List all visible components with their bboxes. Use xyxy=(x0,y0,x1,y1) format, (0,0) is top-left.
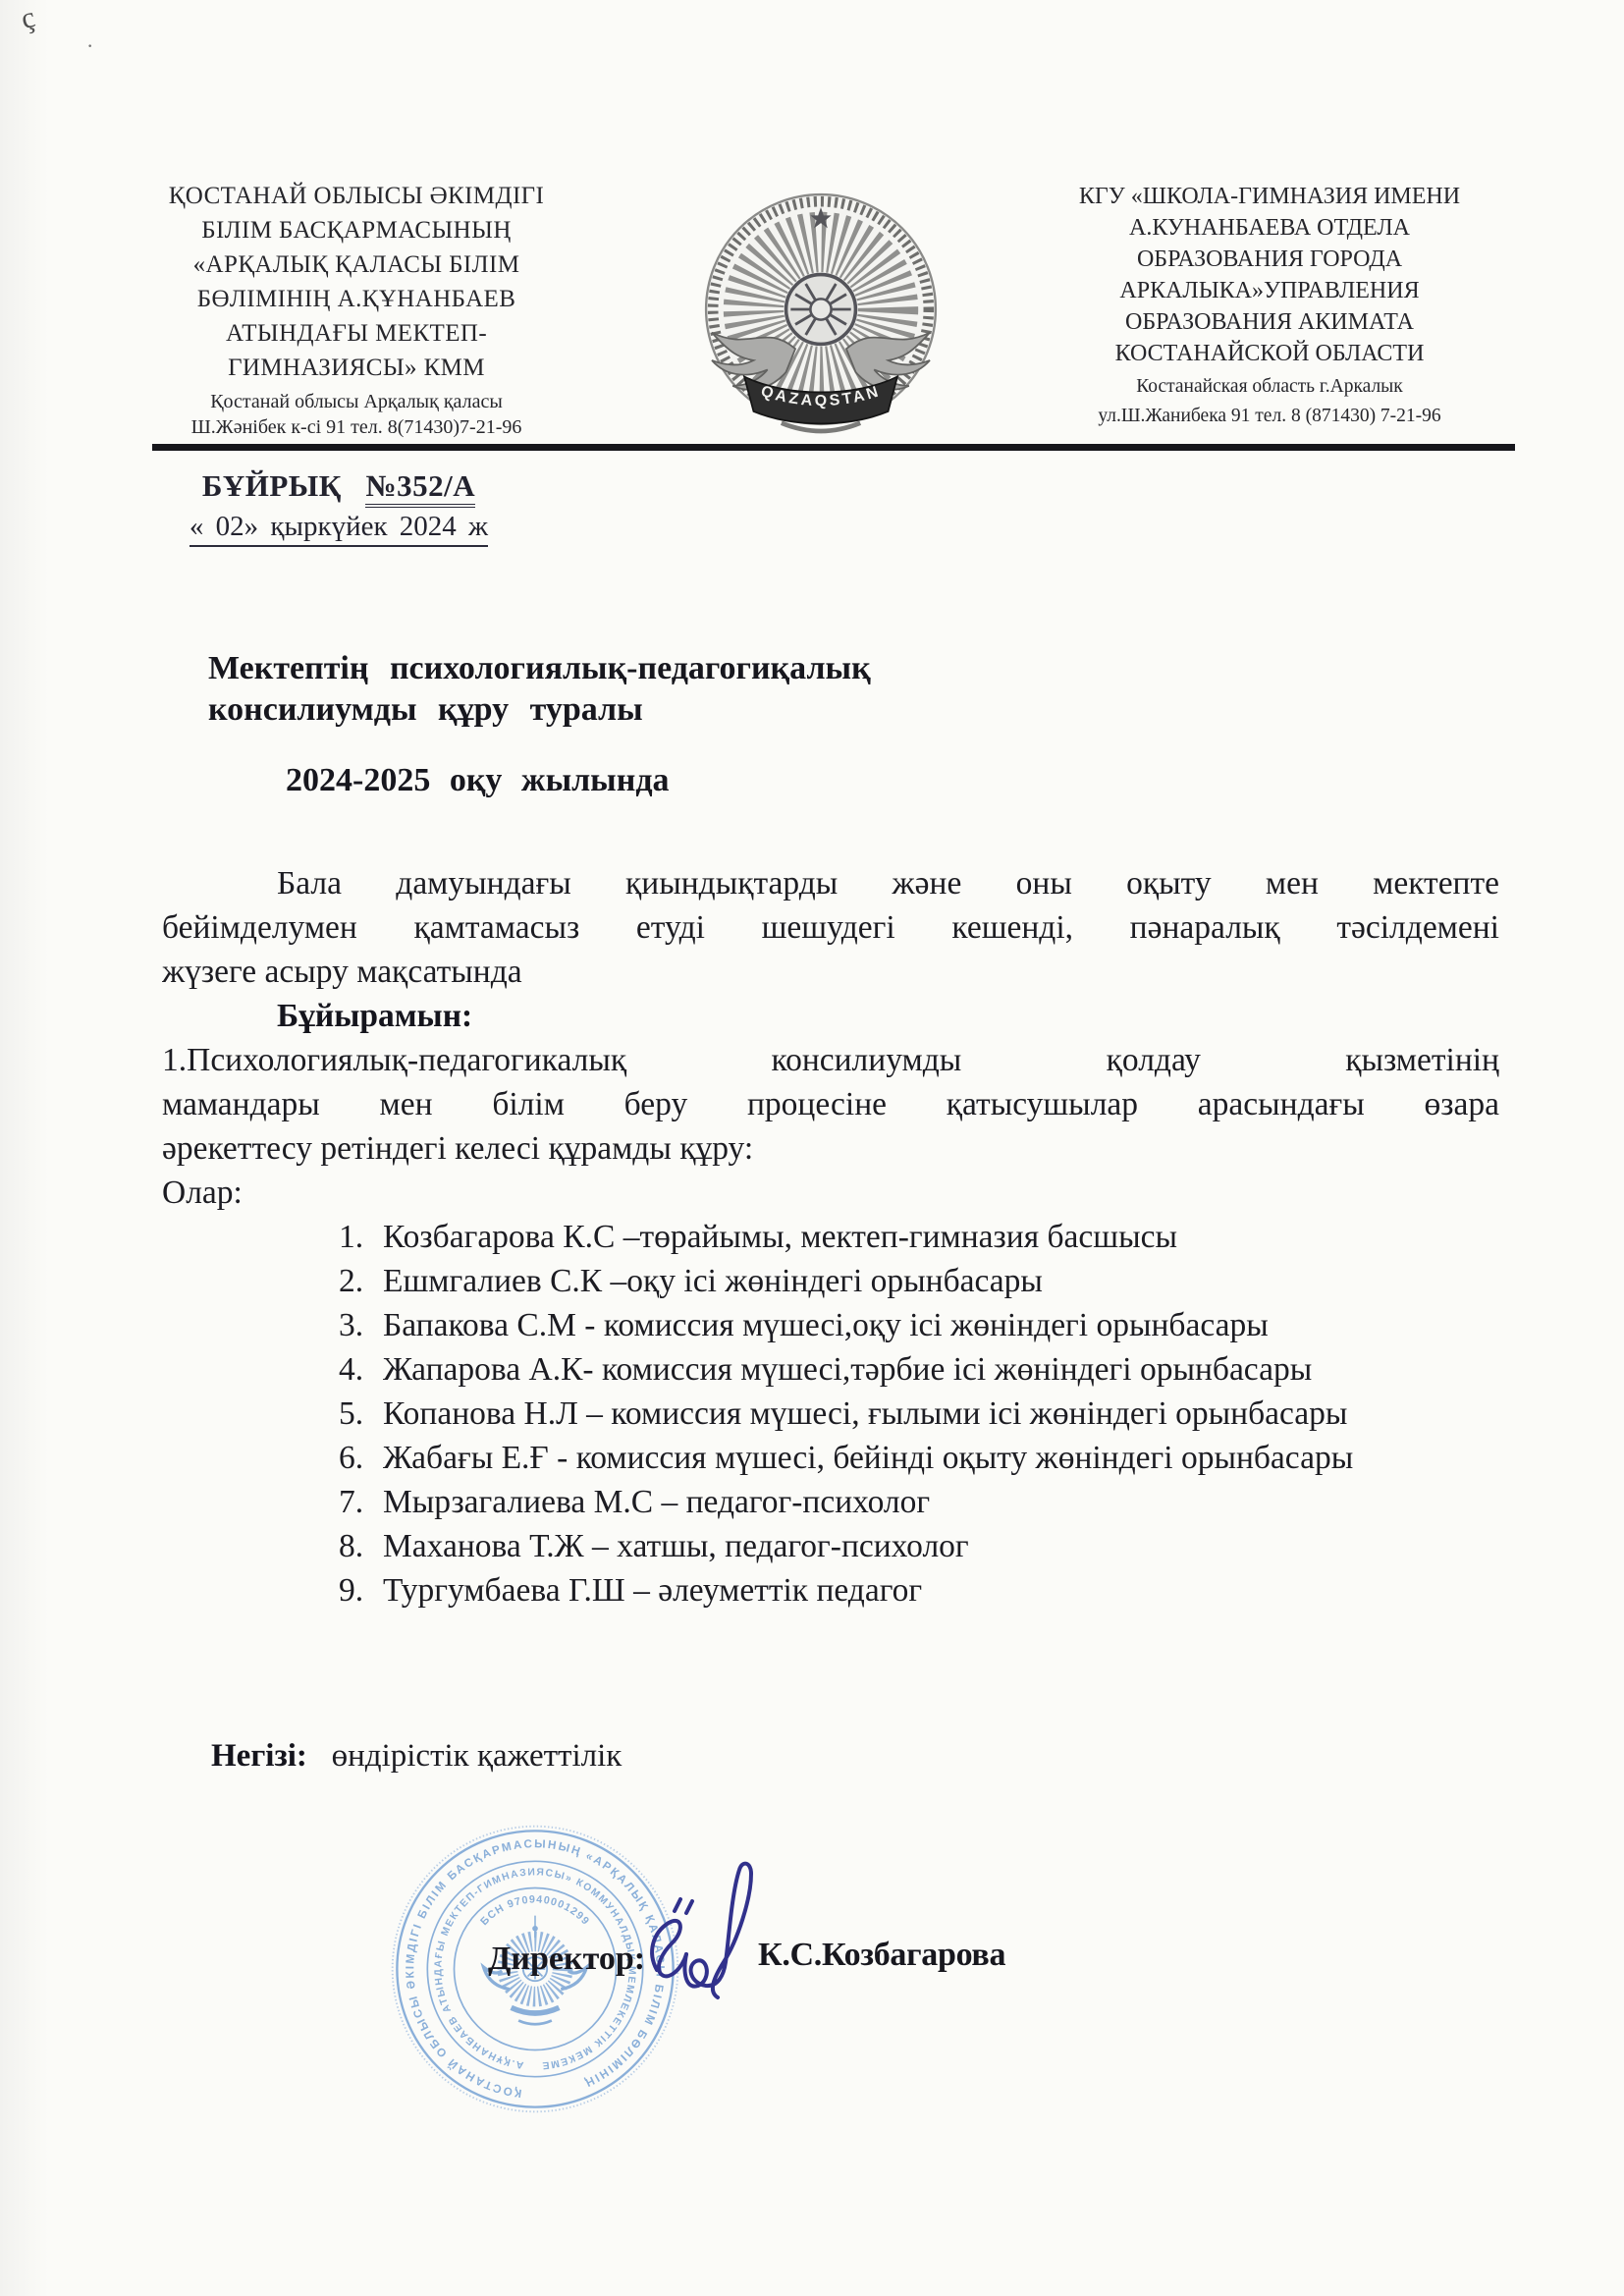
order-subject: Мектептің психологиялық-педагогиқалық ко… xyxy=(208,648,871,731)
director-name: К.С.Козбагарова xyxy=(758,1937,1005,1974)
member-list-item: 2. Ешмгалиев С.К –оқу ісі жөніндегі орын… xyxy=(162,1259,1499,1303)
list-intro: Олар: xyxy=(162,1171,1499,1215)
member-text: Маханова Т.Ж – хатшы, педагог-психолог xyxy=(383,1524,969,1568)
basis-text: өндірістік қажеттілік xyxy=(332,1738,623,1774)
letterhead-russian-line: КГУ «ШКОЛА-ГИМНАЗИЯ ИМЕНИ xyxy=(1024,181,1515,212)
kazakhstan-coat-of-arms-icon: QAZAQSTAN xyxy=(699,179,943,440)
order-subject-line1: Мектептің психологиялық-педагогиқалық xyxy=(208,648,871,689)
letterhead-russian-line: АРКАЛЫКА»УПРАВЛЕНИЯ xyxy=(1024,275,1515,306)
scanned-order-page: ç · ҚОСТАНАЙ ОБЛЫСЫ ӘКІМДІГІБІЛІМ БАСҚАР… xyxy=(0,0,1624,2296)
basis-label: Негізі: xyxy=(211,1738,307,1774)
director-label: Директор: xyxy=(488,1941,645,1978)
letterhead-kazakh-line: АТЫНДАҒЫ МЕКТЕП- xyxy=(126,316,587,351)
member-number: 2. xyxy=(339,1259,383,1303)
member-number: 7. xyxy=(339,1480,383,1524)
scan-artifact-dot: · xyxy=(86,33,93,59)
member-list-item: 9. Тургумбаева Г.Ш – әлеуметтік педагог xyxy=(162,1568,1499,1613)
director-signature-ink xyxy=(623,1856,771,2008)
paragraph-line: әрекеттесу ретіндегі келесі құрамды құру… xyxy=(162,1126,1499,1171)
member-number: 9. xyxy=(339,1568,383,1613)
paragraph-line: мамандары мен білім беру процесіне қатыс… xyxy=(162,1082,1499,1126)
scan-artifact-mark: ç xyxy=(18,1,38,36)
letterhead-russian-line: КОСТАНАЙСКОЙ ОБЛАСТИ xyxy=(1024,338,1515,369)
member-number: 5. xyxy=(339,1392,383,1436)
letterhead-kazakh-line: БӨЛІМІНІҢ А.ҚҰНАНБАЕВ xyxy=(126,282,587,316)
order-date: « 02» қыркүйек 2024 ж xyxy=(189,511,488,547)
order-subject-line2: консилиумды құру туралы xyxy=(208,689,871,731)
school-year-line: 2024-2025 оқу жылында xyxy=(286,762,670,799)
member-number: 4. xyxy=(339,1347,383,1392)
member-list-item: 1. Козбагарова К.С –төрайымы, мектеп-гим… xyxy=(162,1215,1499,1259)
order-body: Бала дамуындағы қиындықтарды және оны оқ… xyxy=(162,861,1499,1613)
member-text: Козбагарова К.С –төрайымы, мектеп-гимназ… xyxy=(383,1215,1177,1259)
header-divider-rule xyxy=(152,444,1515,451)
order-number: №352/А xyxy=(365,468,475,508)
member-list-item: 7. Мырзагалиева М.С – педагог-психолог xyxy=(162,1480,1499,1524)
member-list-item: 6. Жабағы Е.Ғ - комиссия мүшесі, бейінді… xyxy=(162,1436,1499,1480)
letterhead-kazakh-line: БІЛІМ БАСҚАРМАСЫНЫҢ xyxy=(126,213,587,247)
paragraph-line: 1.Психологиялық-педагогикалық консилиумд… xyxy=(162,1038,1499,1082)
letterhead-russian-address-line: ул.Ш.Жанибека 91 тел. 8 (871430) 7-21-96 xyxy=(1024,402,1515,431)
member-number: 3. xyxy=(339,1303,383,1347)
letterhead-russian-address-line: Костанайская область г.Аркалык xyxy=(1024,372,1515,402)
letterhead-kazakh: ҚОСТАНАЙ ОБЛЫСЫ ӘКІМДІГІБІЛІМ БАСҚАРМАСЫ… xyxy=(126,179,587,440)
letterhead-russian-line: ОБРАЗОВАНИЯ ГОРОДА xyxy=(1024,244,1515,275)
member-text: Копанова Н.Л – комиссия мүшесі, ғылыми і… xyxy=(383,1392,1347,1436)
member-number: 8. xyxy=(339,1524,383,1568)
member-list-item: 4. Жапарова А.К- комиссия мүшесі,тәрбие … xyxy=(162,1347,1499,1392)
members-list: 1. Козбагарова К.С –төрайымы, мектеп-гим… xyxy=(162,1215,1499,1613)
member-text: Бапакова С.М - комиссия мүшесі,оқу ісі ж… xyxy=(383,1303,1269,1347)
letterhead-kazakh-address-line: Ш.Жәнібек к-сі 91 тел. 8(71430)7-21-96 xyxy=(126,414,587,440)
member-text: Мырзагалиева М.С – педагог-психолог xyxy=(383,1480,930,1524)
letterhead-russian-line: ОБРАЗОВАНИЯ АКИМАТА xyxy=(1024,306,1515,338)
basis-line: Негізі: өндірістік қажеттілік xyxy=(211,1738,622,1775)
letterhead-kazakh-line: «АРҚАЛЫҚ ҚАЛАСЫ БІЛІМ xyxy=(126,247,587,282)
letterhead-kazakh-line: ГИМНАЗИЯСЫ» КММ xyxy=(126,351,587,385)
letterhead-russian: КГУ «ШКОЛА-ГИМНАЗИЯ ИМЕНИА.КУНАНБАЕВА ОТ… xyxy=(1024,181,1515,431)
member-list-item: 3. Бапакова С.М - комиссия мүшесі,оқу іс… xyxy=(162,1303,1499,1347)
paragraph-line: Бала дамуындағы қиындықтарды және оны оқ… xyxy=(162,861,1499,905)
paragraph-line: жүзеге асыру мақсатында xyxy=(162,950,1499,994)
member-text: Жапарова А.К- комиссия мүшесі,тәрбие ісі… xyxy=(383,1347,1312,1392)
order-label: БҰЙРЫҚ xyxy=(202,468,342,503)
paragraph-line: бейімделумен қамтамасыз етуді шешудегі к… xyxy=(162,905,1499,950)
order-heading: БҰЙРЫҚ №352/А « 02» қыркүйек 2024 ж xyxy=(147,468,530,547)
member-text: Ешмгалиев С.К –оқу ісі жөніндегі орынбас… xyxy=(383,1259,1043,1303)
decree-verb: Бұйырамын: xyxy=(162,994,1499,1038)
letterhead-kazakh-line: ҚОСТАНАЙ ОБЛЫСЫ ӘКІМДІГІ xyxy=(126,179,587,213)
member-number: 6. xyxy=(339,1436,383,1480)
member-list-item: 5. Копанова Н.Л – комиссия мүшесі, ғылым… xyxy=(162,1392,1499,1436)
member-number: 1. xyxy=(339,1215,383,1259)
member-text: Тургумбаева Г.Ш – әлеуметтік педагог xyxy=(383,1568,922,1613)
member-text: Жабағы Е.Ғ - комиссия мүшесі, бейінді оқ… xyxy=(383,1436,1353,1480)
letterhead-russian-line: А.КУНАНБАЕВА ОТДЕЛА xyxy=(1024,212,1515,244)
letterhead-kazakh-address-line: Қостанай облысы Арқалық қаласы xyxy=(126,389,587,414)
member-list-item: 8. Маханова Т.Ж – хатшы, педагог-психоло… xyxy=(162,1524,1499,1568)
